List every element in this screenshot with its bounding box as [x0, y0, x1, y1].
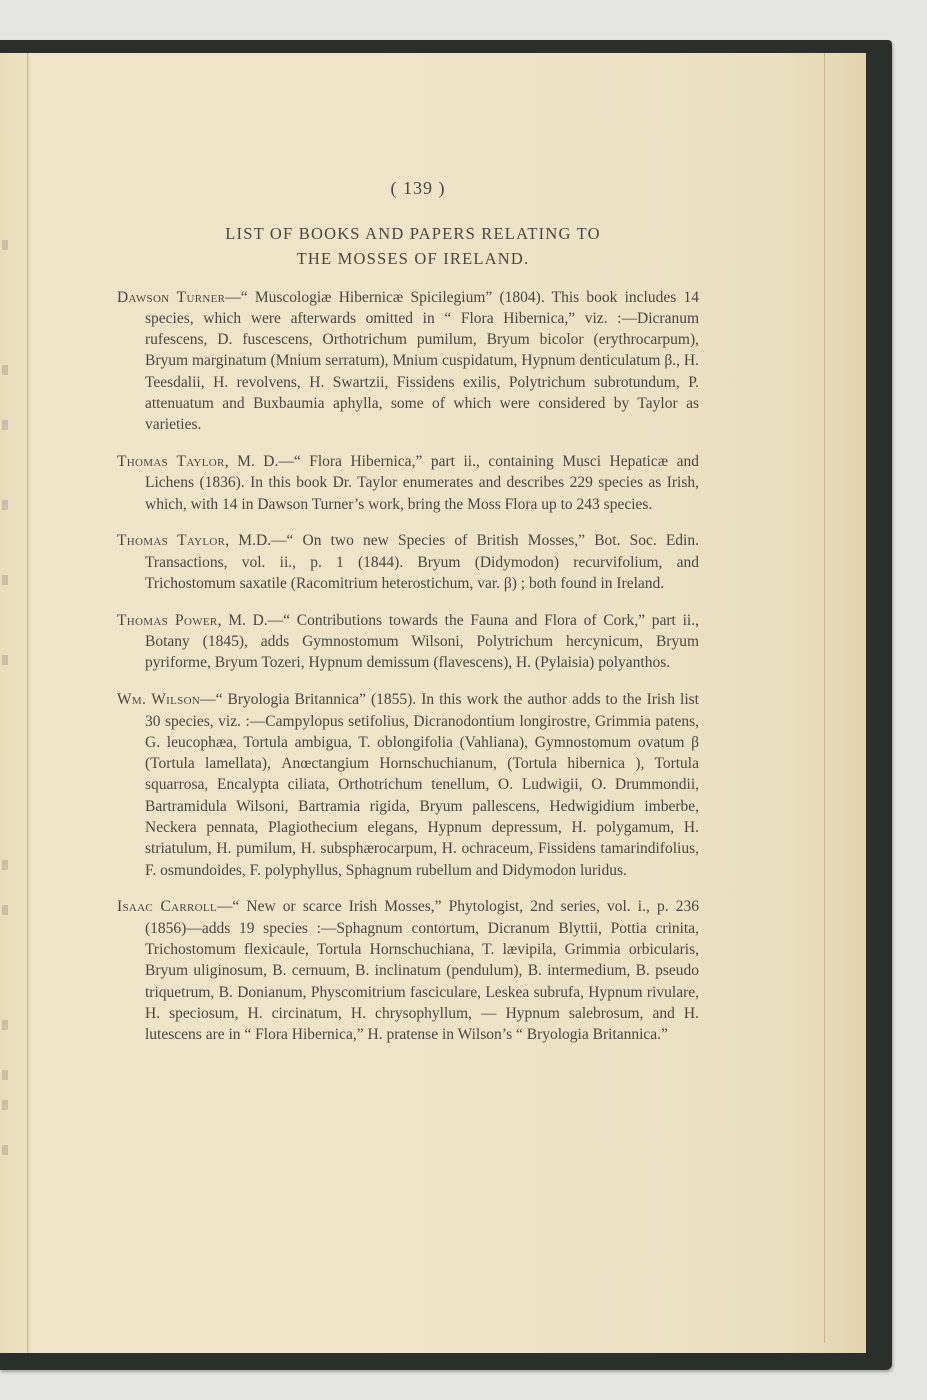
bleed-mark [2, 575, 8, 585]
bibliography-entry: Thomas Taylor, M.D.—“ On two new Species… [117, 530, 699, 594]
bleed-mark [2, 655, 8, 665]
page-number: ( 139 ) [137, 178, 699, 199]
bleed-mark [2, 500, 8, 510]
bibliography-entry: Isaac Carroll—“ New or scarce Irish Moss… [117, 896, 699, 1045]
bleed-mark [2, 1020, 8, 1030]
entry-text: , M.D.—“ On two new Species of British M… [145, 532, 699, 592]
bibliography-entry: Wm. Wilson—“ Bryologia Britannica” (1855… [117, 689, 699, 881]
entry-author: Thomas Power [117, 612, 218, 629]
title-line-1: LIST OF BOOKS AND PAPERS RELATING TO [127, 221, 699, 246]
page-edge [824, 53, 825, 1343]
bleed-mark [2, 365, 8, 375]
bleed-mark [2, 860, 8, 870]
bleed-mark [2, 420, 8, 430]
bibliography-entry: Thomas Taylor, M. D.—“ Flora Hibernica,”… [117, 451, 699, 515]
entry-author: Thomas Taylor [117, 532, 225, 549]
bibliography-entry: Dawson Turner—“ Muscologiæ Hibernicæ Spi… [117, 287, 699, 436]
bleed-mark [2, 905, 8, 915]
entry-text: —“ New or scarce Irish Mosses,” Phytolog… [145, 898, 699, 1043]
entry-text: —“ Bryologia Britannica” (1855). In this… [145, 691, 699, 878]
entry-text: , M. D.—“ Flora Hibernica,” part ii., co… [145, 453, 699, 513]
title-line-2: THE MOSSES OF IRELAND. [127, 246, 699, 271]
bleed-mark [2, 1145, 8, 1155]
page-gutter [27, 53, 29, 1353]
entry-author: Dawson Turner [117, 289, 225, 306]
page-title: LIST OF BOOKS AND PAPERS RELATING TO THE… [127, 221, 699, 271]
page-content: ( 139 ) LIST OF BOOKS AND PAPERS RELATIN… [117, 178, 699, 1058]
entry-author: Isaac Carroll [117, 898, 217, 915]
entry-author: Wm. Wilson [117, 691, 200, 708]
entry-text: —“ Muscologiæ Hibernicæ Spicilegium” (18… [145, 289, 699, 434]
entry-text: , M. D.—“ Contributions towards the Faun… [145, 612, 699, 672]
bibliography-entry: Thomas Power, M. D.—“ Contributions towa… [117, 610, 699, 674]
bleed-mark [2, 1070, 8, 1080]
bleed-mark [2, 1100, 8, 1110]
entry-author: Thomas Taylor [117, 453, 225, 470]
bleed-mark [2, 240, 8, 250]
